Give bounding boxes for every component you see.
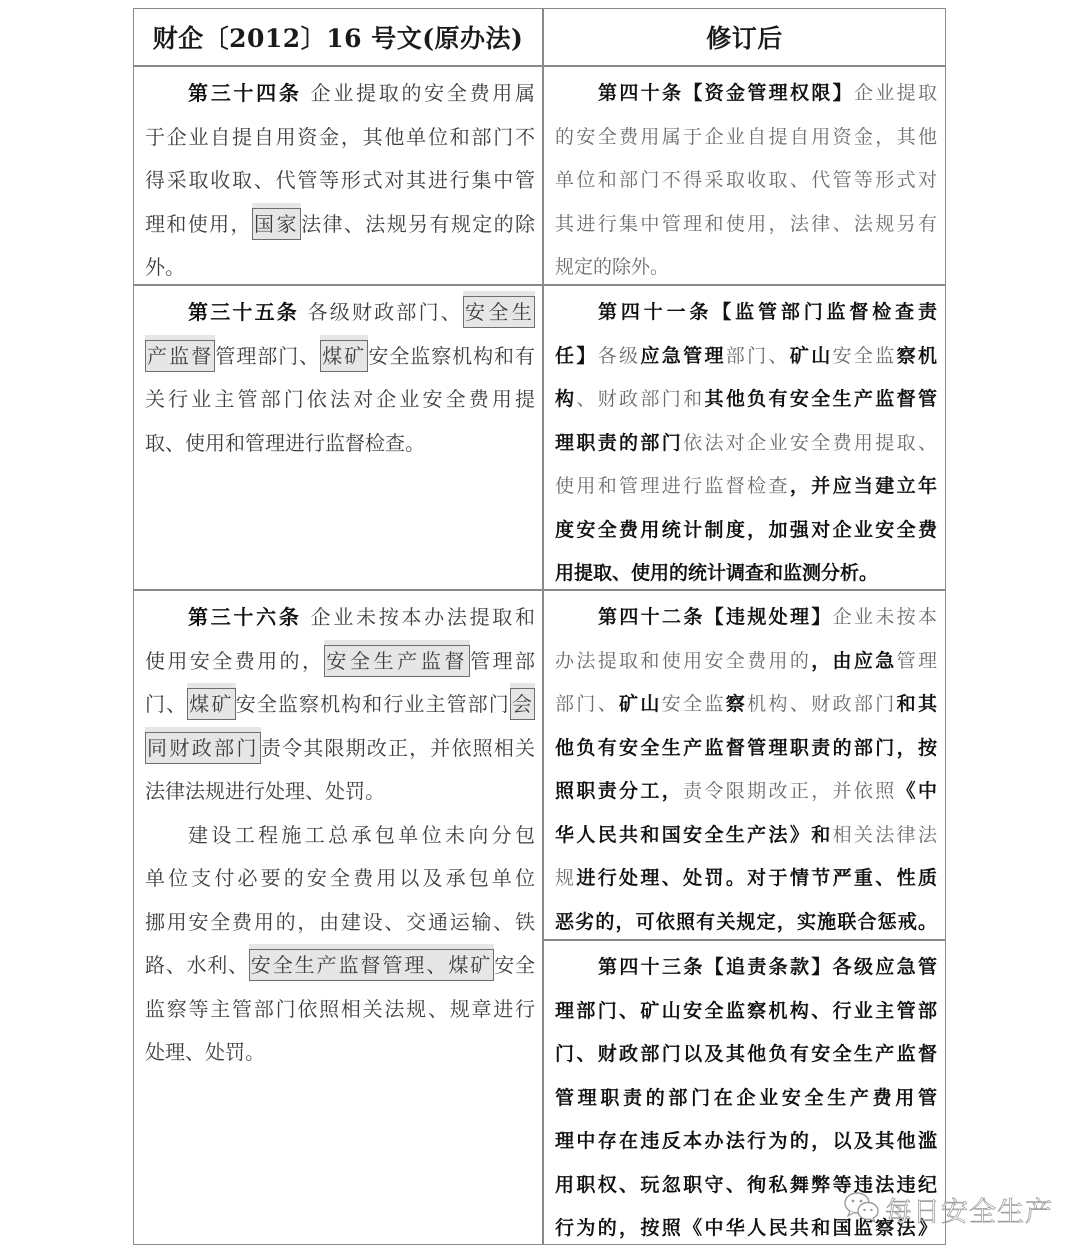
text-line: 任】各级应急管理部门、矿山安全监察机	[555, 335, 937, 379]
body-text: 相关法律法	[833, 824, 937, 846]
bold-text: 第四十三条【追责条款】各级应急管	[598, 956, 937, 978]
bold-text: 矿山	[619, 693, 662, 715]
body-text: 责令其限期改正，并依照相关	[261, 736, 535, 760]
text-line: 度安全费用统计制度，加强对企业安全费	[555, 509, 937, 553]
body-text: 部门、	[555, 693, 619, 715]
text-line: 路、水利、安全生产监督管理、煤矿安全	[145, 944, 535, 988]
paragraph: 第四十二条【违规处理】企业未按本办法提取和使用安全费用的，由应急管理部门、矿山安…	[555, 596, 937, 944]
watermark-text: 每日安全生产	[885, 1190, 1053, 1229]
bold-text: 第三十五条	[188, 300, 299, 324]
original-article-36-cell: 第三十六条 企业未按本办法提取和使用安全费用的，安全生产监督管理部门、煤矿安全监…	[133, 590, 543, 1075]
text-line: 建设工程施工总承包单位未向分包	[145, 814, 535, 858]
bold-text: 第四十条【资金管理权限】	[598, 82, 854, 104]
highlighted-change: 煤矿	[187, 688, 236, 720]
bold-text: 度安全费用统计制度，加强对企业安全费	[555, 519, 937, 541]
text-line: 用提取、使用的统计调查和监测分析。	[555, 552, 937, 596]
paragraph: 第三十五条 各级财政部门、安全生产监督管理部门、煤矿安全监察机构和有关行业主管部…	[145, 291, 535, 465]
body-text: 规定的除外。	[555, 256, 669, 278]
text-line: 处理、处罚。	[145, 1031, 535, 1075]
bold-text: 《中	[897, 780, 937, 802]
paragraph: 第四十一条【监管部门监督检查责任】各级应急管理部门、矿山安全监察机构、财政部门和…	[555, 291, 937, 596]
text-line: 部门、矿山安全监察机构、财政部门和其	[555, 683, 937, 727]
body-text: 监察等主管部门依照相关法规、规章进行	[145, 997, 535, 1021]
text-line: 门、煤矿安全监察机构和行业主管部门会	[145, 683, 535, 727]
body-text: 机构、财政部门	[747, 693, 896, 715]
bold-text: 第三十六条	[188, 605, 302, 629]
body-text: 路、水利、	[145, 953, 249, 977]
text-line: 第三十四条 企业提取的安全费用属	[145, 72, 535, 116]
body-text: 规	[555, 867, 576, 889]
original-article-34-cell: 第三十四条 企业提取的安全费用属于企业自提自用资金，其他单位和部门不得采取收取、…	[133, 66, 543, 290]
text-line: 办法提取和使用安全费用的，由应急管理	[555, 640, 937, 684]
body-text: 企业提取的安全费用属	[302, 81, 535, 105]
bold-text: 矿山	[790, 345, 833, 367]
body-text: 各级	[598, 345, 641, 367]
body-text: 管理部门、	[215, 344, 320, 368]
highlighted-change: 国家	[252, 208, 301, 240]
bold-text: 门、财政部门以及其他负有安全生产监督	[555, 1043, 937, 1065]
bold-text: 华人民共和国安全生产法》和	[555, 824, 833, 846]
body-text: 企业未按本办法提取和	[302, 605, 535, 629]
body-text: 处理、处罚。	[145, 1040, 265, 1064]
bold-text: 他负有安全生产监督管理职责的部门，按	[555, 737, 937, 759]
body-text: 法律、法规另有规定的除	[301, 212, 535, 236]
bold-text: 其他负有安全生产监督管	[704, 388, 937, 410]
text-line: 理职责的部门依法对企业安全费用提取、	[555, 422, 937, 466]
original-article-35-cell: 第三十五条 各级财政部门、安全生产监督管理部门、煤矿安全监察机构和有关行业主管部…	[133, 285, 543, 465]
text-line: 单位和部门不得采取收取、代管等形式对	[555, 159, 937, 203]
body-text: 管理	[897, 650, 937, 672]
revised-article-42-cell: 第四十二条【违规处理】企业未按本办法提取和使用安全费用的，由应急管理部门、矿山安…	[543, 590, 946, 944]
column-header-revised: 修订后	[544, 9, 945, 65]
bold-text: 进行处理、处罚。对于情节严重、性质	[576, 867, 937, 889]
bold-text: 理职责的部门	[555, 432, 683, 454]
body-text: 建设工程施工总承包单位未向分包	[188, 823, 535, 847]
bold-text: 察机	[897, 345, 937, 367]
bold-text: 第四十二条【违规处理】	[598, 606, 833, 628]
document-page: 财企〔2012〕16 号文(原办法) 修订后 第三十四条 企业提取的安全费用属于…	[0, 0, 1080, 1260]
text-line: 单位支付必要的安全费用以及承包单位	[145, 857, 535, 901]
highlighted-change: 会	[510, 688, 535, 720]
text-line: 构、财政部门和其他负有安全生产监督管	[555, 378, 937, 422]
text-line: 第四十条【资金管理权限】企业提取	[555, 72, 937, 116]
text-line: 规定的除外。	[555, 246, 937, 290]
highlighted-change: 安全生产监督	[324, 645, 470, 677]
text-line: 产监督管理部门、煤矿安全监察机构和有	[145, 335, 535, 379]
body-text: 依法对企业安全费用提取、	[683, 432, 937, 454]
revised-article-40-cell: 第四十条【资金管理权限】企业提取的安全费用属于企业自提自用资金，其他单位和部门不…	[543, 66, 946, 290]
watermark: 每日安全生产	[843, 1189, 1053, 1229]
text-line: 于企业自提自用资金，其他单位和部门不	[145, 116, 535, 160]
body-text: 取、使用和管理进行监督检查。	[145, 431, 425, 455]
text-line: 关行业主管部门依法对企业安全费用提	[145, 378, 535, 422]
bold-text: 管理职责的部门在企业安全生产费用管	[555, 1087, 937, 1109]
highlighted-change: 安全生产监督管理、煤矿	[249, 949, 494, 981]
body-text: 责令限期改正，并依照	[683, 780, 897, 802]
highlighted-change: 安全生	[463, 296, 535, 328]
body-text: 部门、	[726, 345, 790, 367]
paragraph: 第四十条【资金管理权限】企业提取的安全费用属于企业自提自用资金，其他单位和部门不…	[555, 72, 937, 290]
body-text: 使用和管理进行监督检查	[555, 475, 790, 497]
text-line: 第四十二条【违规处理】企业未按本	[555, 596, 937, 640]
body-text: 单位支付必要的安全费用以及承包单位	[145, 866, 535, 890]
bold-text: ，并应当建立年	[790, 475, 937, 497]
text-line: 理和使用，国家法律、法规另有规定的除	[145, 203, 535, 247]
revised-article-41-cell: 第四十一条【监管部门监督检查责任】各级应急管理部门、矿山安全监察机构、财政部门和…	[543, 285, 946, 596]
text-line: 挪用安全费用的，由建设、交通运输、铁	[145, 901, 535, 945]
paragraph: 第三十六条 企业未按本办法提取和使用安全费用的，安全生产监督管理部门、煤矿安全监…	[145, 596, 535, 814]
text-line: 外。	[145, 246, 535, 290]
text-line: 恶劣的，可依照有关规定，实施联合惩戒。	[555, 901, 937, 945]
body-text: 其进行集中管理和使用，法律、法规另有	[555, 213, 937, 235]
wechat-icon	[843, 1190, 881, 1228]
body-text: 安全监察机构和有	[368, 344, 535, 368]
text-line: 理部门、矿山安全监察机构、行业主管部	[555, 990, 937, 1034]
body-text: 、财政部门和	[576, 388, 704, 410]
text-line: 第四十三条【追责条款】各级应急管	[555, 946, 937, 990]
body-text: 的安全费用属于企业自提自用资金，其他	[555, 126, 937, 148]
body-text: 安全	[494, 953, 535, 977]
bold-text: 理中存在违反本办法行为的，以及其他滥	[555, 1130, 937, 1152]
body-text: 安全监察机构和行业主管部门	[236, 692, 510, 716]
bold-text: ，由应急	[811, 650, 896, 672]
bold-text: 理部门、矿山安全监察机构、行业主管部	[555, 1000, 937, 1022]
bold-text: 构	[555, 388, 576, 410]
body-text: 管理部	[470, 649, 535, 673]
bold-text: 察	[726, 693, 747, 715]
body-text: 使用安全费用的，	[145, 649, 324, 673]
column-header-original: 财企〔2012〕16 号文(原办法)	[134, 9, 542, 65]
text-line: 照职责分工，责令限期改正，并依照《中	[555, 770, 937, 814]
text-line: 第三十六条 企业未按本办法提取和	[145, 596, 535, 640]
body-text: 外。	[145, 255, 185, 279]
text-line: 其进行集中管理和使用，法律、法规另有	[555, 203, 937, 247]
body-text: 各级财政部门、	[299, 300, 463, 324]
text-line: 的安全费用属于企业自提自用资金，其他	[555, 116, 937, 160]
text-line: 第三十五条 各级财政部门、安全生	[145, 291, 535, 335]
text-line: 同财政部门责令其限期改正，并依照相关	[145, 727, 535, 771]
body-text: 关行业主管部门依法对企业安全费用提	[145, 387, 535, 411]
bold-text: 任】	[555, 345, 598, 367]
body-text: 挪用安全费用的，由建设、交通运输、铁	[145, 910, 535, 934]
text-line: 第四十一条【监管部门监督检查责	[555, 291, 937, 335]
bold-text: 第四十一条【监管部门监督检查责	[598, 301, 937, 323]
text-line: 管理职责的部门在企业安全生产费用管	[555, 1077, 937, 1121]
bold-text: 第三十四条	[188, 81, 302, 105]
text-line: 他负有安全生产监督管理职责的部门，按	[555, 727, 937, 771]
text-line: 监察等主管部门依照相关法规、规章进行	[145, 988, 535, 1032]
text-line: 理中存在违反本办法行为的，以及其他滥	[555, 1120, 937, 1164]
highlighted-change: 产监督	[145, 340, 215, 372]
text-line: 取、使用和管理进行监督检查。	[145, 422, 535, 466]
text-line: 法律法规进行处理、处罚。	[145, 770, 535, 814]
bold-text: 用提取、使用的统计调查和监测分析。	[555, 562, 878, 584]
body-text: 企业未按本	[833, 606, 937, 628]
bold-text: 应急管理	[640, 345, 725, 367]
body-text: 法律法规进行处理、处罚。	[145, 779, 385, 803]
bold-text: 和其	[897, 693, 937, 715]
body-text: 于企业自提自用资金，其他单位和部门不	[145, 125, 535, 149]
body-text: 企业提取	[854, 82, 937, 104]
bold-text: 照职责分工，	[555, 780, 683, 802]
body-text: 理和使用，	[145, 212, 252, 236]
paragraph: 建设工程施工总承包单位未向分包单位支付必要的安全费用以及承包单位挪用安全费用的，…	[145, 814, 535, 1075]
text-line: 得采取收取、代管等形式对其进行集中管	[145, 159, 535, 203]
paragraph: 第三十四条 企业提取的安全费用属于企业自提自用资金，其他单位和部门不得采取收取、…	[145, 72, 535, 290]
text-line: 华人民共和国安全生产法》和相关法律法	[555, 814, 937, 858]
body-text: 得采取收取、代管等形式对其进行集中管	[145, 168, 535, 192]
body-text: 单位和部门不得采取收取、代管等形式对	[555, 169, 937, 191]
highlighted-change: 煤矿	[320, 340, 368, 372]
text-line: 使用安全费用的，安全生产监督管理部	[145, 640, 535, 684]
body-text: 门、	[145, 692, 187, 716]
body-text: 安全监	[833, 345, 897, 367]
highlighted-change: 同财政部门	[145, 732, 261, 764]
body-text: 安全监	[662, 693, 726, 715]
text-line: 门、财政部门以及其他负有安全生产监督	[555, 1033, 937, 1077]
text-line: 规进行处理、处罚。对于情节严重、性质	[555, 857, 937, 901]
bold-text: 恶劣的，可依照有关规定，实施联合惩戒。	[555, 911, 937, 933]
text-line: 使用和管理进行监督检查，并应当建立年	[555, 465, 937, 509]
body-text: 办法提取和使用安全费用的	[555, 650, 811, 672]
